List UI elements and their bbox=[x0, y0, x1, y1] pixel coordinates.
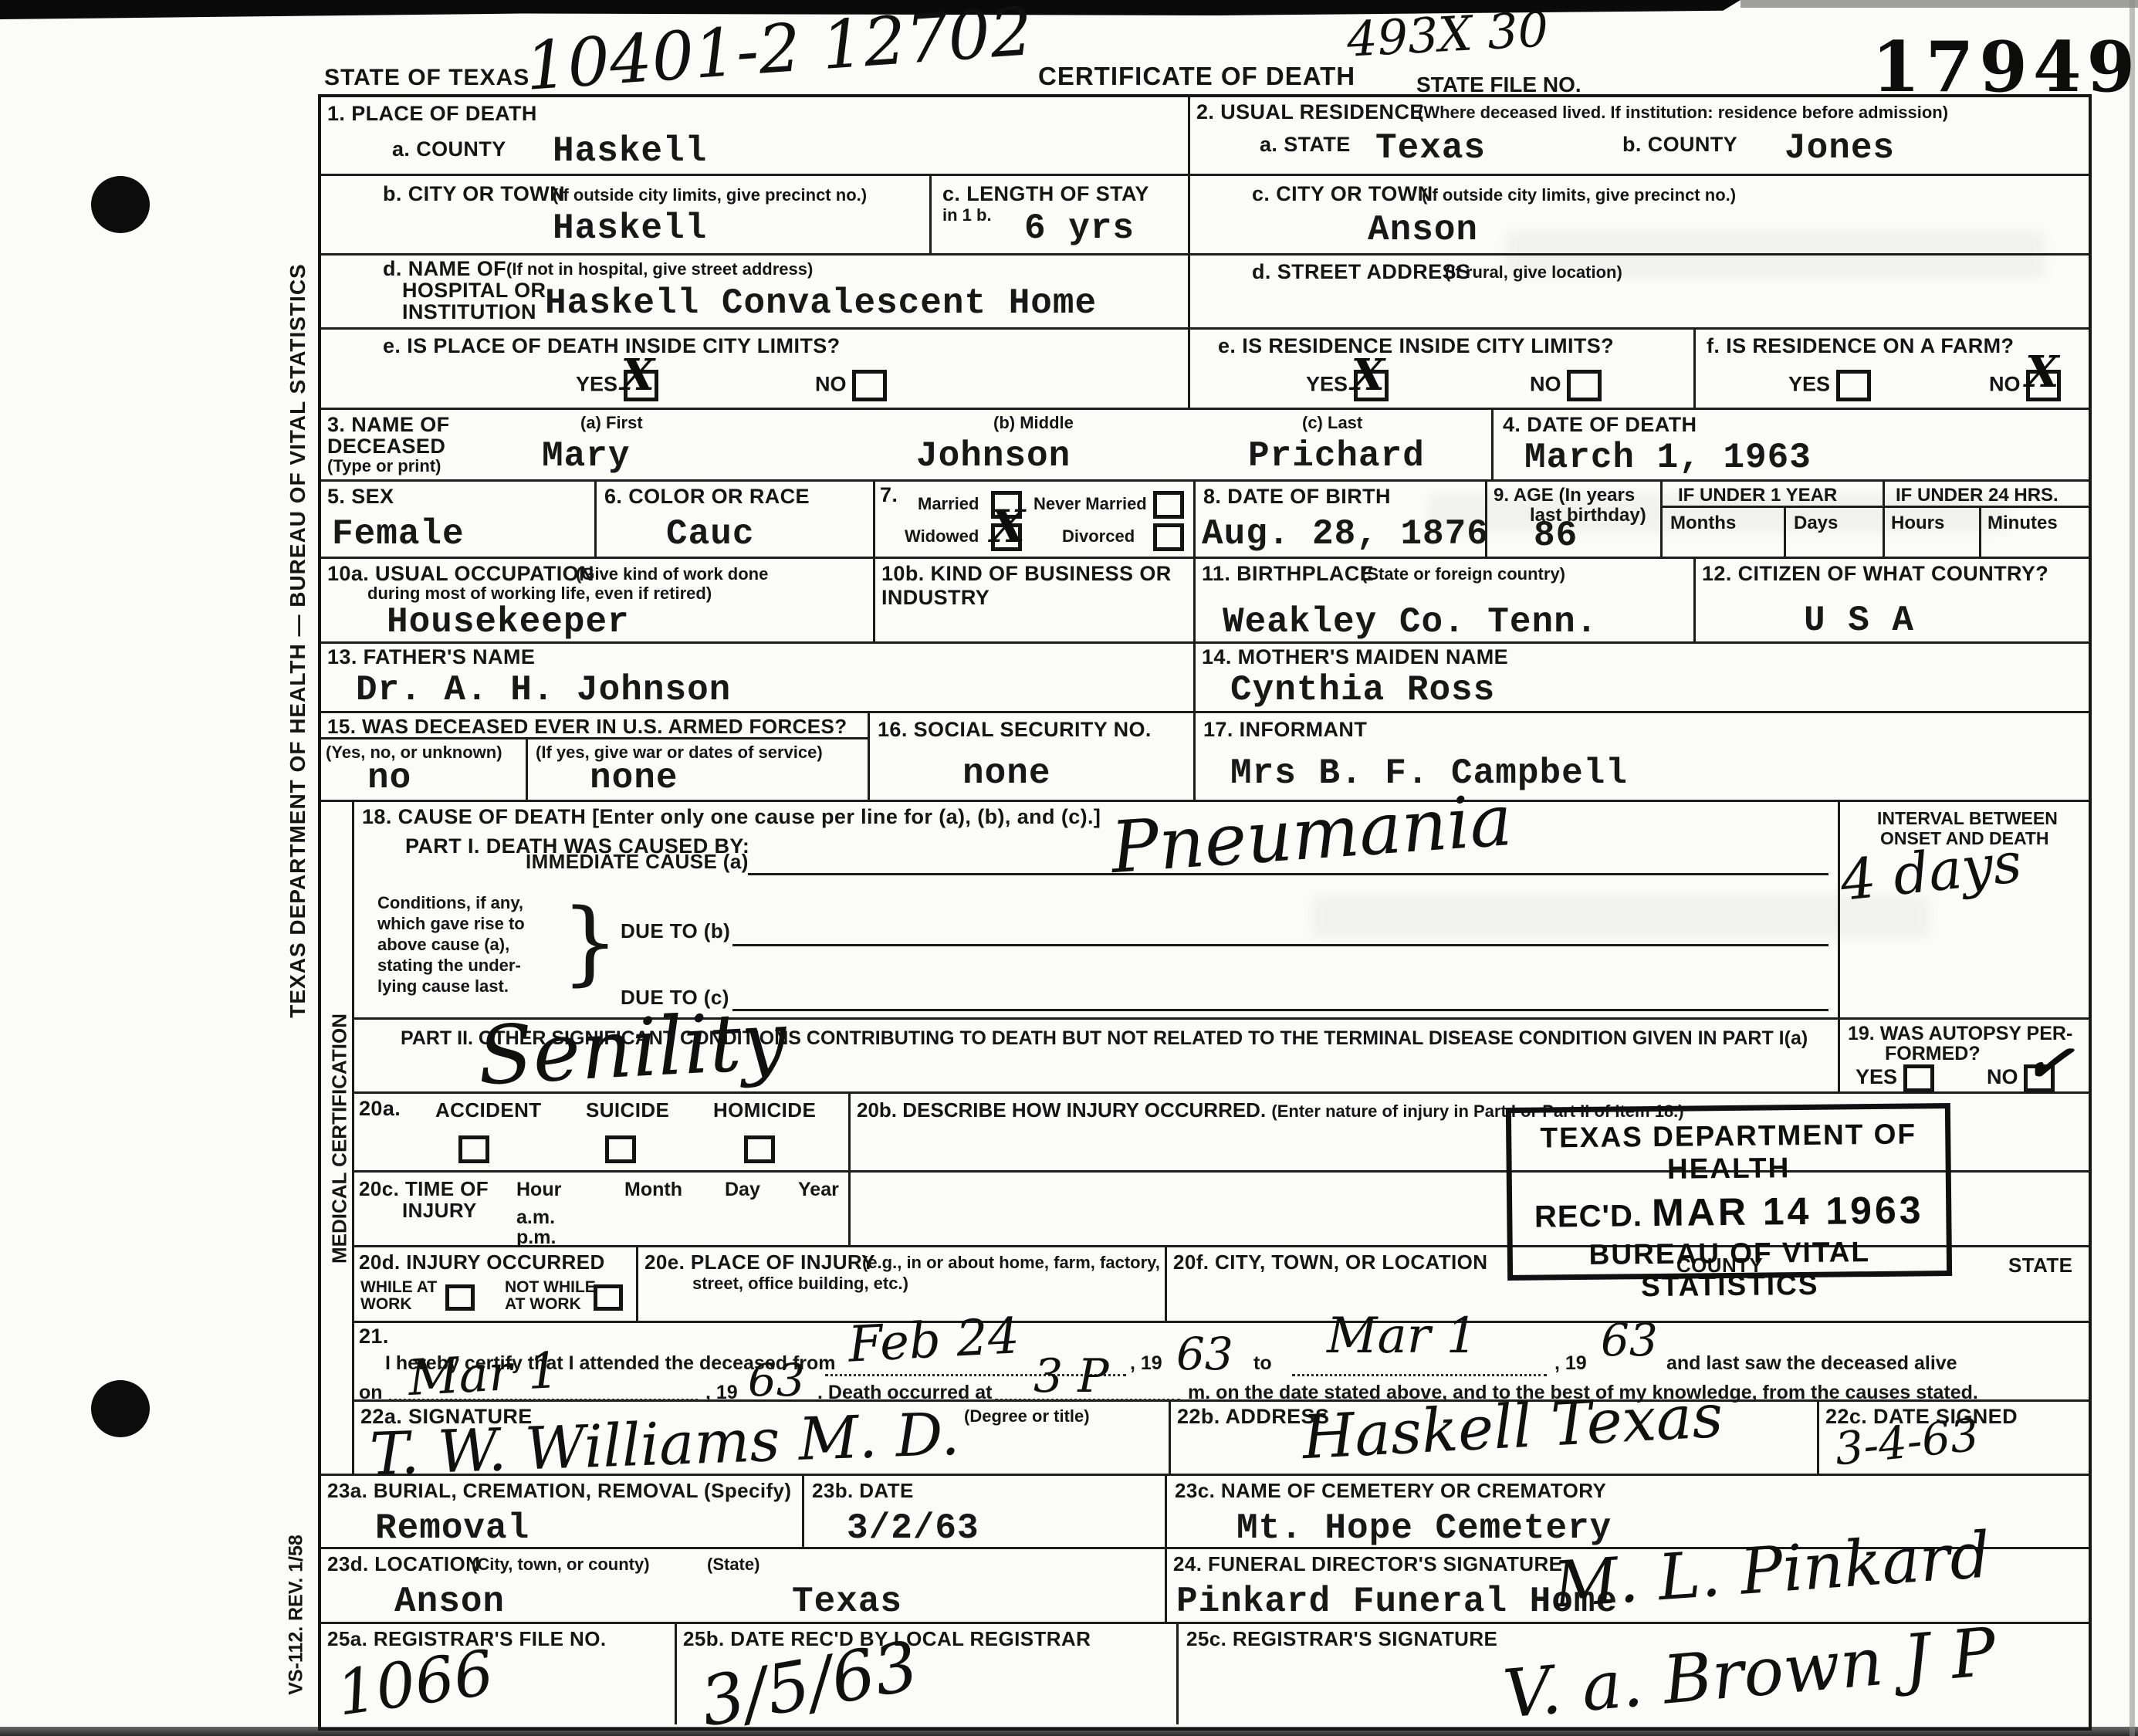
item18-part2-cell: PART II. OTHER SIGNIFICANT CONDITIONS CO… bbox=[354, 1020, 1840, 1091]
item8-cell: 8. DATE OF BIRTH Aug. 28, 1876 bbox=[1196, 482, 1487, 557]
item22b-cell: 22b. ADDRESS Haskell Texas bbox=[1171, 1402, 1819, 1474]
item2e-label: e. IS RESIDENCE INSIDE CITY LIMITS? bbox=[1218, 334, 1614, 358]
item2f-label: f. IS RESIDENCE ON A FARM? bbox=[1707, 334, 2014, 358]
year1-value: 63 bbox=[1176, 1328, 1233, 1380]
item16-value: none bbox=[962, 753, 1050, 794]
item1-title: 1. PLACE OF DEATH bbox=[327, 102, 537, 126]
printed-to: to bbox=[1253, 1352, 1272, 1375]
not-while-at-work-label: NOT WHILE bbox=[505, 1278, 596, 1297]
item23b-label: 23b. DATE bbox=[812, 1479, 914, 1503]
item18-label: 18. CAUSE OF DEATH [Enter only one cause… bbox=[362, 805, 1101, 829]
hole-punch-bottom bbox=[91, 1380, 150, 1437]
item23d-value2: Texas bbox=[792, 1582, 902, 1622]
interval-value: 4 days bbox=[1837, 830, 2025, 913]
item20c-label2: INJURY bbox=[402, 1199, 477, 1223]
item3-first-value: Mary bbox=[542, 436, 630, 476]
item20d-label: 20d. INJURY OCCURRED bbox=[359, 1250, 605, 1274]
printed-19c: , 19 bbox=[705, 1382, 738, 1404]
stamp-line2: REC'D. MAR 14 1963 bbox=[1512, 1187, 1947, 1237]
item1d-label: d. NAME OF bbox=[383, 257, 506, 281]
item13-cell: 13. FATHER'S NAME Dr. A. H. Johnson bbox=[321, 644, 1196, 711]
item5-value: Female bbox=[332, 514, 465, 554]
time-value: 3 P bbox=[1033, 1349, 1109, 1403]
item2c-value: Anson bbox=[1368, 210, 1478, 250]
while-at-work-label2: WORK bbox=[360, 1295, 412, 1314]
item18-cell: 18. CAUSE OF DEATH [Enter only one cause… bbox=[354, 802, 1840, 1017]
item13-label: 13. FATHER'S NAME bbox=[327, 645, 535, 669]
item12-value: U S A bbox=[1804, 601, 1914, 641]
year-label: Year bbox=[798, 1179, 839, 1201]
place-of-death-section: 1. PLACE OF DEATH a. COUNTY Haskell b. C… bbox=[321, 97, 1190, 408]
scan-edge-right bbox=[2130, 0, 2135, 1736]
agency-vertical-label: TEXAS DEPARTMENT OF HEALTH — BUREAU OF V… bbox=[286, 263, 310, 1017]
item14-value: Cynthia Ross bbox=[1230, 670, 1495, 710]
item23d-value1: Anson bbox=[394, 1582, 505, 1622]
item15-hint2: (If yes, give war or dates of service) bbox=[536, 743, 823, 763]
item24-cell: 24. FUNERAL DIRECTOR'S SIGNATURE Pinkard… bbox=[1167, 1549, 2089, 1622]
under1-label: IF UNDER 1 YEAR bbox=[1678, 485, 1837, 506]
item10b-label: 10b. KIND OF BUSINESS OR INDUSTRY bbox=[881, 562, 1193, 610]
item11-value: Weakley Co. Tenn. bbox=[1223, 602, 1598, 642]
form-number-vertical-label: VS-112. REV. 1/58 bbox=[286, 1535, 308, 1695]
item25c-cell: 25c. REGISTRAR'S SIGNATURE V. a. Brown J… bbox=[1179, 1624, 2089, 1724]
item23d-label: 23d. LOCATION bbox=[327, 1552, 480, 1576]
scan-edge-top-right bbox=[1741, 0, 2138, 8]
item1d-hint: (If not in hospital, give street address… bbox=[506, 259, 813, 279]
item7-cell: 7. Married Never Married Widowed X Divor… bbox=[875, 482, 1196, 557]
degree-label: (Degree or title) bbox=[964, 1406, 1090, 1426]
item25a-cell: 25a. REGISTRAR'S FILE NO. 1066 bbox=[321, 1624, 677, 1724]
item1e-no: NO bbox=[815, 370, 887, 401]
item1a-value: Haskell bbox=[553, 131, 707, 171]
item3-label-cell: 3. NAME OF DECEASED (Type or print) bbox=[321, 410, 492, 479]
item19-cell: 19. WAS AUTOPSY PER- FORMED? YES NO ✓ bbox=[1840, 1020, 2089, 1091]
item18-note3: above cause (a), bbox=[377, 935, 509, 955]
item25c-label: 25c. REGISTRAR'S SIGNATURE bbox=[1186, 1627, 1497, 1651]
month-label: Month bbox=[624, 1179, 682, 1201]
funeral-home-typed: Pinkard Funeral Home bbox=[1176, 1582, 1618, 1622]
item2f-yes: YES bbox=[1788, 370, 1871, 401]
item4-value: March 1, 1963 bbox=[1524, 438, 1812, 478]
item18-note1: Conditions, if any, bbox=[377, 893, 523, 913]
item21-label: 21. bbox=[359, 1325, 389, 1349]
item1b-value: Haskell bbox=[553, 208, 707, 249]
item5-label: 5. SEX bbox=[327, 485, 394, 509]
under1-days-label: Days bbox=[1794, 513, 1838, 534]
hole-punch-top bbox=[91, 176, 150, 233]
printed-19b: , 19 bbox=[1554, 1352, 1587, 1375]
item1d-label3: INSTITUTION bbox=[402, 300, 536, 324]
item11-cell: 11. BIRTHPLACE (State or foreign country… bbox=[1196, 559, 1696, 641]
item4-label: 4. DATE OF DEATH bbox=[1503, 413, 1697, 437]
item3-last-cell: (c) Last Prichard bbox=[1194, 410, 1491, 479]
item20e-cell: 20e. PLACE OF INJURY (e.g., in or about … bbox=[638, 1247, 1167, 1321]
item6-label: 6. COLOR OR RACE bbox=[604, 485, 810, 509]
item18-note2: which gave rise to bbox=[377, 914, 525, 934]
item13-value: Dr. A. H. Johnson bbox=[356, 670, 731, 710]
item10b-cell: 10b. KIND OF BUSINESS OR INDUSTRY bbox=[875, 559, 1196, 641]
handwritten-certificate-numbers: 10401-2 12702 bbox=[523, 0, 1035, 106]
item20e-hint1: (e.g., in or about home, farm, factory, bbox=[862, 1253, 1160, 1273]
item7-married-label: Married bbox=[918, 494, 979, 514]
item20e-hint2: street, office building, etc.) bbox=[692, 1274, 908, 1294]
under24-hours-label: Hours bbox=[1891, 513, 1944, 534]
item1b-label: b. CITY OR TOWN bbox=[383, 182, 565, 206]
item1d-label2: HOSPITAL OR bbox=[402, 279, 546, 303]
item18-due-b-label: DUE TO (b) bbox=[621, 919, 730, 943]
item1e-label: e. IS PLACE OF DEATH INSIDE CITY LIMITS? bbox=[383, 334, 841, 358]
item23b-cell: 23b. DATE 3/2/63 bbox=[804, 1476, 1167, 1547]
suicide-label: SUICIDE bbox=[586, 1098, 669, 1122]
item20c-cell: 20c. TIME OF INJURY Hour Month Day Year … bbox=[354, 1173, 851, 1245]
received-stamp: TEXAS DEPARTMENT OF HEALTH REC'D. MAR 14… bbox=[1506, 1103, 1952, 1281]
item7-never-married-label: Never Married bbox=[1033, 494, 1147, 514]
registrar-signature: V. a. Brown J P bbox=[1500, 1613, 1999, 1733]
item3-label3: (Type or print) bbox=[327, 456, 441, 476]
item3-middle-value: Johnson bbox=[916, 436, 1071, 476]
item2b-value: Jones bbox=[1784, 128, 1895, 168]
item9-cell: 9. AGE (In years last birthday) 86 bbox=[1487, 482, 1663, 557]
item23b-value: 3/2/63 bbox=[847, 1508, 979, 1548]
item20c-label1: 20c. TIME OF bbox=[359, 1177, 489, 1201]
under1-months-label: Months bbox=[1670, 513, 1736, 534]
item2a-label: a. STATE bbox=[1260, 133, 1351, 157]
state-label: STATE bbox=[2008, 1254, 2072, 1277]
printed-on: on bbox=[359, 1382, 383, 1404]
item17-label: 17. INFORMANT bbox=[1203, 718, 1367, 742]
item11-label: 11. BIRTHPLACE bbox=[1202, 562, 1374, 586]
item16-label: 16. SOCIAL SECURITY NO. bbox=[878, 718, 1152, 742]
item19-no: NO ✓ bbox=[1987, 1064, 2055, 1092]
item8-value: Aug. 28, 1876 bbox=[1202, 514, 1489, 554]
item1e-yes: YES X bbox=[576, 370, 658, 401]
item3-first-label: (a) First bbox=[580, 413, 643, 433]
printed-19a: , 19 bbox=[1130, 1352, 1162, 1375]
item23d-cell: 23d. LOCATION (City, town, or county) (S… bbox=[321, 1549, 1167, 1622]
item2e-yes: YES X bbox=[1306, 370, 1389, 401]
item25b-cell: 25b. DATE REC'D BY LOCAL REGISTRAR 3/5/6… bbox=[677, 1624, 1179, 1724]
item10a-label: 10a. USUAL OCCUPATION bbox=[327, 562, 594, 586]
pm-label: p.m. bbox=[516, 1227, 556, 1249]
item2b-label: b. COUNTY bbox=[1622, 133, 1737, 157]
item23c-value: Mt. Hope Cemetery bbox=[1236, 1508, 1612, 1548]
item18-immediate-label: IMMEDIATE CAUSE (a) bbox=[526, 850, 749, 874]
usual-residence-section: 2. USUAL RESIDENCE (Where deceased lived… bbox=[1190, 97, 2089, 408]
item10a-hint2: during most of working life, even if ret… bbox=[367, 584, 712, 604]
item5-cell: 5. SEX Female bbox=[321, 482, 597, 557]
item24-label: 24. FUNERAL DIRECTOR'S SIGNATURE bbox=[1173, 1552, 1562, 1576]
item3-label2: DECEASED bbox=[327, 435, 445, 459]
item7-divorced-label: Divorced bbox=[1062, 526, 1135, 547]
item20a-cell: 20a. ACCIDENT SUICIDE HOMICIDE bbox=[354, 1094, 851, 1170]
item18-note4: stating the under- bbox=[377, 956, 521, 976]
item18-part2-value: Senility bbox=[475, 993, 789, 1104]
item20f-label: 20f. CITY, TOWN, OR LOCATION bbox=[1173, 1250, 1487, 1274]
to-line bbox=[1292, 1374, 1547, 1376]
item17-cell: 17. INFORMANT Mrs B. F. Campbell bbox=[1196, 713, 2089, 800]
item9-label: 9. AGE (In years bbox=[1494, 485, 1635, 506]
am-label: a.m. bbox=[516, 1206, 555, 1229]
item3-first-cell: (a) First Mary bbox=[492, 410, 839, 479]
homicide-label: HOMICIDE bbox=[713, 1098, 816, 1122]
item8-label: 8. DATE OF BIRTH bbox=[1203, 485, 1391, 509]
conditions-brace: } bbox=[561, 888, 619, 995]
item20e-label: 20e. PLACE OF INJURY bbox=[644, 1250, 875, 1274]
under-1-year-cell: IF UNDER 1 YEAR Months Days bbox=[1663, 482, 1885, 557]
year3-value: 63 bbox=[748, 1354, 805, 1406]
item3-middle-label: (b) Middle bbox=[993, 413, 1074, 433]
item12-label: 12. CITIZEN OF WHAT COUNTRY? bbox=[1702, 562, 2048, 586]
item6-value: Cauc bbox=[666, 514, 754, 554]
item3-label1: 3. NAME OF bbox=[327, 413, 450, 437]
to-value: Mar 1 bbox=[1327, 1308, 1477, 1365]
item7-label: 7. bbox=[880, 483, 898, 507]
item6-cell: 6. COLOR OR RACE Cauc bbox=[597, 482, 875, 557]
item19-label2: FORMED? bbox=[1885, 1043, 1981, 1065]
hour-label: Hour bbox=[516, 1179, 561, 1201]
interval-cell: INTERVAL BETWEEN ONSET AND DEATH 4 days bbox=[1840, 802, 2089, 1017]
page-title: CERTIFICATE OF DEATH bbox=[1038, 62, 1355, 91]
item2d-hint: (If rural, give location) bbox=[1445, 262, 1622, 283]
item18-note5: lying cause last. bbox=[377, 976, 509, 997]
stamp-line1: TEXAS DEPARTMENT OF HEALTH bbox=[1511, 1118, 1946, 1187]
due-b-line bbox=[732, 944, 1828, 946]
item2f-no: NO X bbox=[1989, 370, 2061, 401]
item3-last-label: (c) Last bbox=[1302, 413, 1362, 433]
item15-cell: 15. WAS DECEASED EVER IN U.S. ARMED FORC… bbox=[321, 713, 870, 800]
item12-cell: 12. CITIZEN OF WHAT COUNTRY? U S A bbox=[1696, 559, 2089, 641]
item16-cell: 16. SOCIAL SECURITY NO. none bbox=[870, 713, 1196, 800]
under24-label: IF UNDER 24 HRS. bbox=[1896, 485, 2059, 506]
item2d-label: d. STREET ADDRESS bbox=[1252, 260, 1470, 284]
not-while-at-work-label2: AT WORK bbox=[505, 1295, 581, 1314]
item14-cell: 14. MOTHER'S MAIDEN NAME Cynthia Ross bbox=[1196, 644, 2089, 711]
item10a-value: Housekeeper bbox=[387, 602, 630, 642]
under24-minutes-label: Minutes bbox=[1987, 513, 2058, 534]
item20a-label: 20a. bbox=[359, 1097, 401, 1121]
interval-label1: INTERVAL BETWEEN bbox=[1877, 808, 2058, 829]
item15-hint1: (Yes, no, or unknown) bbox=[326, 743, 502, 763]
item1b-hint: (If outside city limits, give precinct n… bbox=[553, 185, 867, 205]
while-at-work-label: WHILE AT bbox=[360, 1278, 437, 1297]
year2-value: 63 bbox=[1601, 1314, 1658, 1366]
state-of-texas-label: STATE OF TEXAS bbox=[324, 65, 529, 91]
under-24-hrs-cell: IF UNDER 24 HRS. Hours Minutes bbox=[1885, 482, 2089, 557]
item2e-no: NO bbox=[1530, 370, 1602, 401]
item1c-value: 6 yrs bbox=[1024, 208, 1135, 249]
death-certificate-scan: TEXAS DEPARTMENT OF HEALTH — BUREAU OF V… bbox=[0, 0, 2138, 1736]
item2-title-hint: (Where deceased lived. If institution: r… bbox=[1418, 103, 1948, 123]
item22a-cell: 22a. SIGNATURE (Degree or title) T. W. W… bbox=[354, 1402, 1171, 1474]
item3-middle-cell: (b) Middle Johnson bbox=[839, 410, 1194, 479]
medical-certification-strip bbox=[321, 802, 354, 1474]
item9-value: 86 bbox=[1534, 516, 1578, 556]
item23a-value: Removal bbox=[375, 1508, 529, 1548]
from-value: Feb 24 bbox=[847, 1308, 1020, 1373]
item23d-hint1: (City, town, or county) bbox=[472, 1555, 650, 1575]
item19-yes: YES bbox=[1856, 1064, 1934, 1092]
item23d-hint2: (State) bbox=[707, 1555, 759, 1575]
item1c-label: c. LENGTH OF STAY bbox=[942, 182, 1149, 206]
item2a-value: Texas bbox=[1375, 128, 1486, 168]
item2c-hint: (If outside city limits, give precinct n… bbox=[1422, 185, 1736, 205]
item7-widowed-label: Widowed bbox=[905, 526, 979, 547]
handwritten-code: 493X 30 bbox=[1345, 1, 1550, 68]
item21-cell: 21. I hereby certify that I attended the… bbox=[354, 1323, 2089, 1402]
item20d-cell: 20d. INJURY OCCURRED WHILE AT WORK NOT W… bbox=[354, 1247, 638, 1321]
item1d-value: Haskell Convalescent Home bbox=[545, 283, 1097, 323]
item15-value1: no bbox=[367, 758, 411, 798]
item22c-cell: 22c. DATE SIGNED 3-4-63 bbox=[1819, 1402, 2089, 1474]
due-c-line bbox=[732, 1009, 1828, 1011]
certify-text-2: and last saw the deceased alive bbox=[1666, 1352, 1957, 1375]
item4-cell: 4. DATE OF DEATH March 1, 1963 bbox=[1491, 410, 2089, 479]
item11-hint: (State or foreign country) bbox=[1362, 564, 1565, 584]
on-value: Mar 1 bbox=[407, 1342, 560, 1407]
item23c-label: 23c. NAME OF CEMETERY OR CREMATORY bbox=[1175, 1479, 1606, 1503]
item10a-hint1: (Give kind of work done bbox=[576, 564, 768, 584]
item3-last-value: Prichard bbox=[1248, 436, 1425, 476]
item14-label: 14. MOTHER'S MAIDEN NAME bbox=[1202, 645, 1508, 669]
item10a-cell: 10a. USUAL OCCUPATION (Give kind of work… bbox=[321, 559, 875, 641]
item1c-hint: in 1 b. bbox=[942, 205, 992, 225]
stamp-line3: BUREAU OF VITAL STATISTICS bbox=[1513, 1235, 1947, 1305]
certificate-form: 1. PLACE OF DEATH a. COUNTY Haskell b. C… bbox=[318, 94, 2092, 1731]
item1a-label: a. COUNTY bbox=[392, 137, 506, 161]
item2c-label: c. CITY OR TOWN bbox=[1252, 182, 1433, 206]
item15-label: 15. WAS DECEASED EVER IN U.S. ARMED FORC… bbox=[327, 715, 847, 739]
day-label: Day bbox=[725, 1179, 760, 1201]
item15-value2: none bbox=[590, 758, 678, 798]
item2-title: 2. USUAL RESIDENCE bbox=[1196, 100, 1424, 124]
